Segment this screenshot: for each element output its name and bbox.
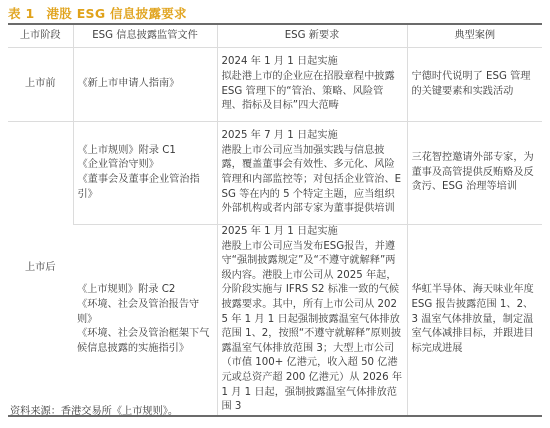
requirement-text: 港股上市公司应当加强实践与信息披露，覆盖董事会有效性、多元化、风险管理和内部监控… xyxy=(222,144,403,217)
document-item: 《企业管治守则》 xyxy=(78,158,213,173)
document-item: 《新上市申请人指南》 xyxy=(78,77,213,92)
table-row: 《上市规则》附录 C2 《环境、社会及管治报告守则》 《环境、社会及管治框架下气… xyxy=(8,225,542,416)
documents-cell: 《上市规则》附录 C1 《企业管治守则》 《董事会及董事企业管治指引》 xyxy=(73,122,217,225)
esg-disclosure-table: 上市阶段 ESG 信息披露监管文件 ESG 新要求 典型案例 上市前 《新上市申… xyxy=(8,23,542,417)
header-requirement: ESG 新要求 xyxy=(217,24,407,48)
header-stage: 上市阶段 xyxy=(8,24,73,48)
case-cell: 华虹半导体、海天味业年度 ESG 报告披露范围 1、2、3 温室气体排放量，制定… xyxy=(407,225,542,416)
header-documents: ESG 信息披露监管文件 xyxy=(73,24,217,48)
table-row: 上市后 《上市规则》附录 C1 《企业管治守则》 《董事会及董事企业管治指引》 … xyxy=(8,122,542,225)
stage-cell: 上市后 xyxy=(8,122,73,416)
stage-cell: 上市前 xyxy=(8,48,73,122)
effective-date: 2025 年 1 月 1 日起实施 xyxy=(222,225,403,240)
table-title: 表 1港股 ESG 信息披露要求 xyxy=(8,4,187,22)
effective-date: 2025 年 7 月 1 日起实施 xyxy=(222,129,403,144)
table-header-row: 上市阶段 ESG 信息披露监管文件 ESG 新要求 典型案例 xyxy=(8,24,542,48)
table-number: 表 1 xyxy=(8,6,34,21)
requirement-cell: 2025 年 7 月 1 日起实施 港股上市公司应当加强实践与信息披露，覆盖董事… xyxy=(217,122,407,225)
table-title-text: 港股 ESG 信息披露要求 xyxy=(46,6,186,21)
table-row: 上市前 《新上市申请人指南》 2024 年 1 月 1 日起实施 拟赴港上市的企… xyxy=(8,48,542,122)
effective-date: 2024 年 1 月 1 日起实施 xyxy=(222,55,403,70)
document-item: 《环境、社会及管治框架下气候信息披露的实施指引》 xyxy=(77,327,213,356)
requirement-text: 港股上市公司应当发布ESG报告，并遵守“强制披露规定”及“不遵守就解释”两级内容… xyxy=(222,240,403,415)
documents-cell: 《新上市申请人指南》 xyxy=(73,48,217,122)
document-item: 《上市规则》附录 C2 xyxy=(77,283,213,298)
requirement-text: 拟赴港上市的企业应在招股章程中披露 ESG 管理下的“管治、策略、风险管理、指标… xyxy=(222,70,403,114)
document-item: 《董事会及董事企业管治指引》 xyxy=(78,173,213,202)
documents-cell: 《上市规则》附录 C2 《环境、社会及管治报告守则》 《环境、社会及管治框架下气… xyxy=(73,225,217,416)
header-case: 典型案例 xyxy=(407,24,542,48)
document-item: 《环境、社会及管治报告守则》 xyxy=(77,298,213,327)
requirement-cell: 2024 年 1 月 1 日起实施 拟赴港上市的企业应在招股章程中披露 ESG … xyxy=(217,48,407,122)
case-cell: 宁德时代说明了 ESG 管理的关键要素和实践活动 xyxy=(407,48,542,122)
case-cell: 三花智控邀请外部专家，为董事及高管提供反贿赂及反贪污、ESG 治理等培训 xyxy=(407,122,542,225)
source-note: 资料来源：香港交易所《上市规则》。 xyxy=(10,402,178,417)
document-item: 《上市规则》附录 C1 xyxy=(78,144,213,159)
requirement-cell: 2025 年 1 月 1 日起实施 港股上市公司应当发布ESG报告，并遵守“强制… xyxy=(217,225,407,416)
